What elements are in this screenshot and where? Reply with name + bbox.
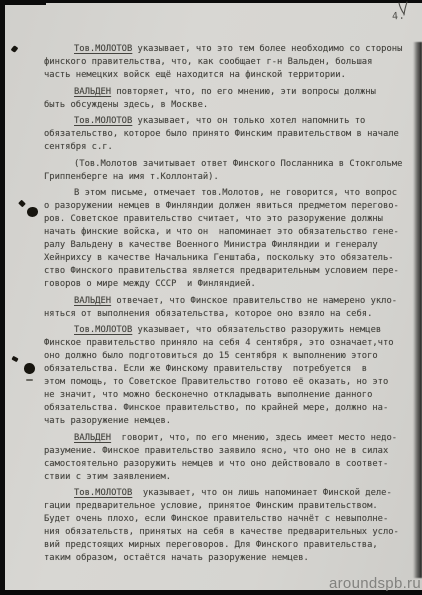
paragraph-text: В этом письме, отмечает тов.Молотов, не … bbox=[44, 188, 399, 289]
scan-shadow-right bbox=[413, 42, 422, 578]
pencil-dash bbox=[26, 379, 33, 381]
speaker-name: Тов.МОЛОТОВ bbox=[74, 325, 132, 335]
speaker-name: ВАЛЬДЕН bbox=[74, 296, 111, 306]
paragraph-text: (Тов.Молотов зачитывает ответ Финского П… bbox=[44, 159, 402, 182]
scanned-document-page: 4. Тов.МОЛОТОВ указывает, что это тем бо… bbox=[0, 0, 422, 595]
document-text: Тов.МОЛОТОВ указывает, что это тем более… bbox=[44, 43, 408, 569]
watermark: aroundspb.ru bbox=[329, 575, 421, 592]
ink-spot bbox=[27, 207, 38, 217]
paragraph: ВАЛЬДЕН повторяет, что, по его мнению, э… bbox=[44, 86, 408, 112]
paragraph: Тов.МОЛОТОВ указывает, что обязательство… bbox=[44, 324, 408, 428]
speaker-name: Тов.МОЛОТОВ bbox=[74, 488, 132, 498]
scan-border-left bbox=[0, 0, 5, 595]
ink-spot bbox=[11, 356, 18, 362]
paragraph: Тов.МОЛОТОВ указывает, что он только хот… bbox=[44, 115, 408, 154]
scan-border-top-left bbox=[0, 0, 46, 5]
ink-spot bbox=[11, 45, 19, 53]
speaker-name: ВАЛЬДЕН bbox=[74, 433, 111, 443]
page-number: 4. bbox=[392, 11, 406, 23]
paragraph-text: указывает, что он лишь напоминает Финско… bbox=[44, 488, 399, 563]
speaker-name: Тов.МОЛОТОВ bbox=[74, 116, 132, 126]
ink-spot bbox=[18, 200, 26, 208]
paragraph: ВАЛЬДЕН отвечает, что Финское правительс… bbox=[44, 295, 408, 321]
paragraph: Тов.МОЛОТОВ указывает, что он лишь напом… bbox=[44, 487, 408, 565]
ink-spot bbox=[24, 363, 35, 374]
paragraph-text: указывает, что обязательство разоружить … bbox=[44, 325, 394, 426]
paragraph: ВАЛЬДЕН говорит, что, по его мнению, зде… bbox=[44, 432, 408, 484]
paragraph: Тов.МОЛОТОВ указывает, что это тем более… bbox=[44, 43, 408, 82]
speaker-name: Тов.МОЛОТОВ bbox=[74, 44, 132, 54]
paragraph: В этом письме, отмечает тов.Молотов, не … bbox=[44, 187, 408, 291]
paragraph: (Тов.Молотов зачитывает ответ Финского П… bbox=[44, 158, 408, 184]
speaker-name: ВАЛЬДЕН bbox=[74, 87, 111, 97]
scan-border-top bbox=[0, 0, 422, 3]
